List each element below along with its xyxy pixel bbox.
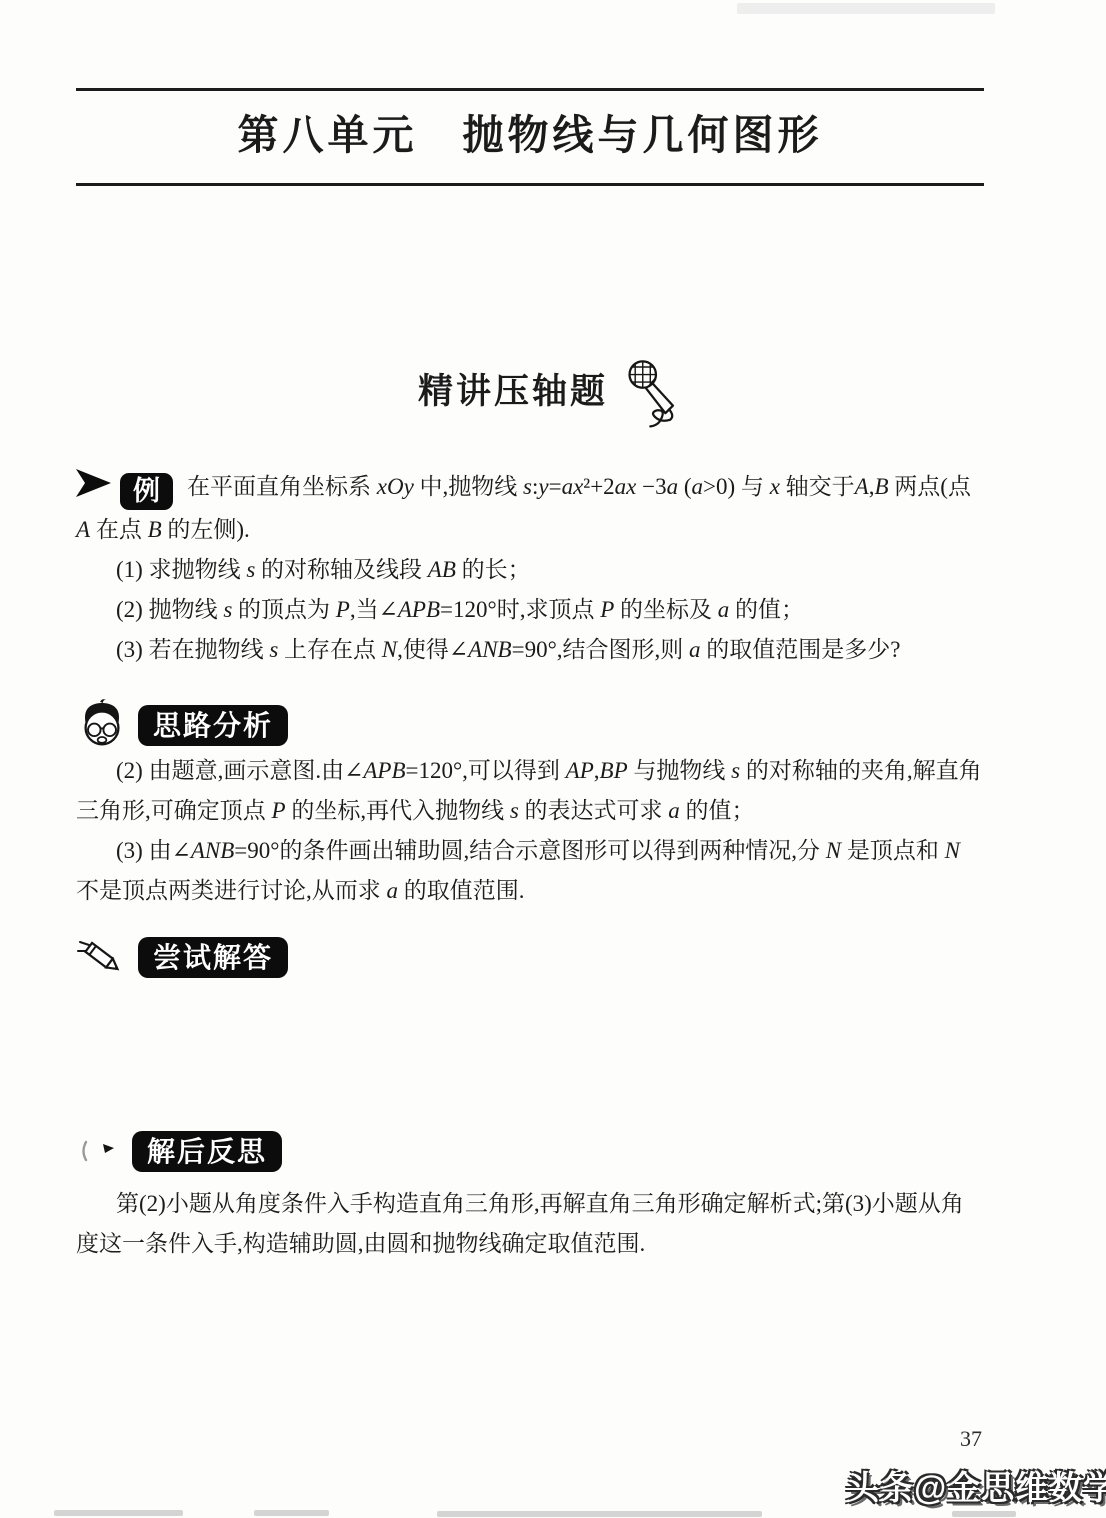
print-artifact — [437, 1511, 762, 1517]
page-number: 37 — [960, 1426, 982, 1452]
reflect-text: 第(2)小题从角度条件入手构造直角三角形,再解直角三角形确定解析式;第(3)小题… — [76, 1184, 984, 1264]
analysis-header: 思路分析 — [76, 698, 288, 752]
reflect-header: 解后反思 — [76, 1130, 282, 1172]
unit-title: 第八单元 抛物线与几何图形 — [76, 103, 984, 167]
example-item-1: (1) 求抛物线 s 的对称轴及线段 AB 的长； — [76, 550, 984, 590]
analysis-badge: 思路分析 — [138, 705, 288, 746]
arrowhead-icon — [76, 468, 112, 498]
partial-print-mark-icon — [76, 1130, 122, 1172]
example-item-2: (2) 抛物线 s 的顶点为 P,当∠APB=120°时,求顶点 P 的坐标及 … — [76, 590, 984, 630]
attempt-badge: 尝试解答 — [138, 937, 288, 978]
analysis-paragraph-1: (2) 由题意,画示意图.由∠APB=120°,可以得到 AP,BP 与抛物线 … — [76, 751, 984, 831]
title-rule-top — [76, 88, 984, 91]
print-artifact — [54, 1510, 183, 1516]
example-item-3: (3) 若在抛物线 s 上存在点 N,使得∠ANB=90°,结合图形,则 a 的… — [76, 630, 984, 670]
analysis-text: (2) 由题意,画示意图.由∠APB=120°,可以得到 AP,BP 与抛物线 … — [76, 751, 984, 911]
print-artifact — [952, 1511, 1016, 1517]
reflect-badge: 解后反思 — [132, 1131, 282, 1172]
print-artifact-top — [737, 3, 995, 14]
example-intro: 例在平面直角坐标系 xOy 中,抛物线 s:y=ax²+2ax −3a (a>0… — [76, 467, 984, 550]
pencil-icon — [76, 934, 128, 980]
microphone-icon — [622, 356, 688, 449]
watermark: 头条@金思维数学 — [846, 1462, 1106, 1509]
reflect-paragraph: 第(2)小题从角度条件入手构造直角三角形,再解直角三角形确定解析式;第(3)小题… — [76, 1184, 984, 1264]
example-section: 例在平面直角坐标系 xOy 中,抛物线 s:y=ax²+2ax −3a (a>0… — [76, 467, 984, 670]
title-rule-bottom — [76, 183, 984, 186]
boy-glasses-face-icon — [76, 698, 128, 752]
attempt-header: 尝试解答 — [76, 934, 288, 980]
print-artifact — [254, 1510, 329, 1516]
analysis-paragraph-2: (3) 由∠ANB=90°的条件画出辅助圆,结合示意图形可以得到两种情况,分 N… — [76, 831, 984, 911]
example-intro-text: 在平面直角坐标系 xOy 中,抛物线 s:y=ax²+2ax −3a (a>0)… — [76, 474, 971, 542]
section-banner: 精讲压轴题 — [0, 356, 1106, 449]
example-badge: 例 — [120, 473, 173, 510]
workbook-page: 第八单元 抛物线与几何图形 精讲压轴题 例在平面直角坐标系 xOy 中,抛物线 — [0, 0, 1106, 1518]
banner-label: 精讲压轴题 — [418, 366, 608, 418]
